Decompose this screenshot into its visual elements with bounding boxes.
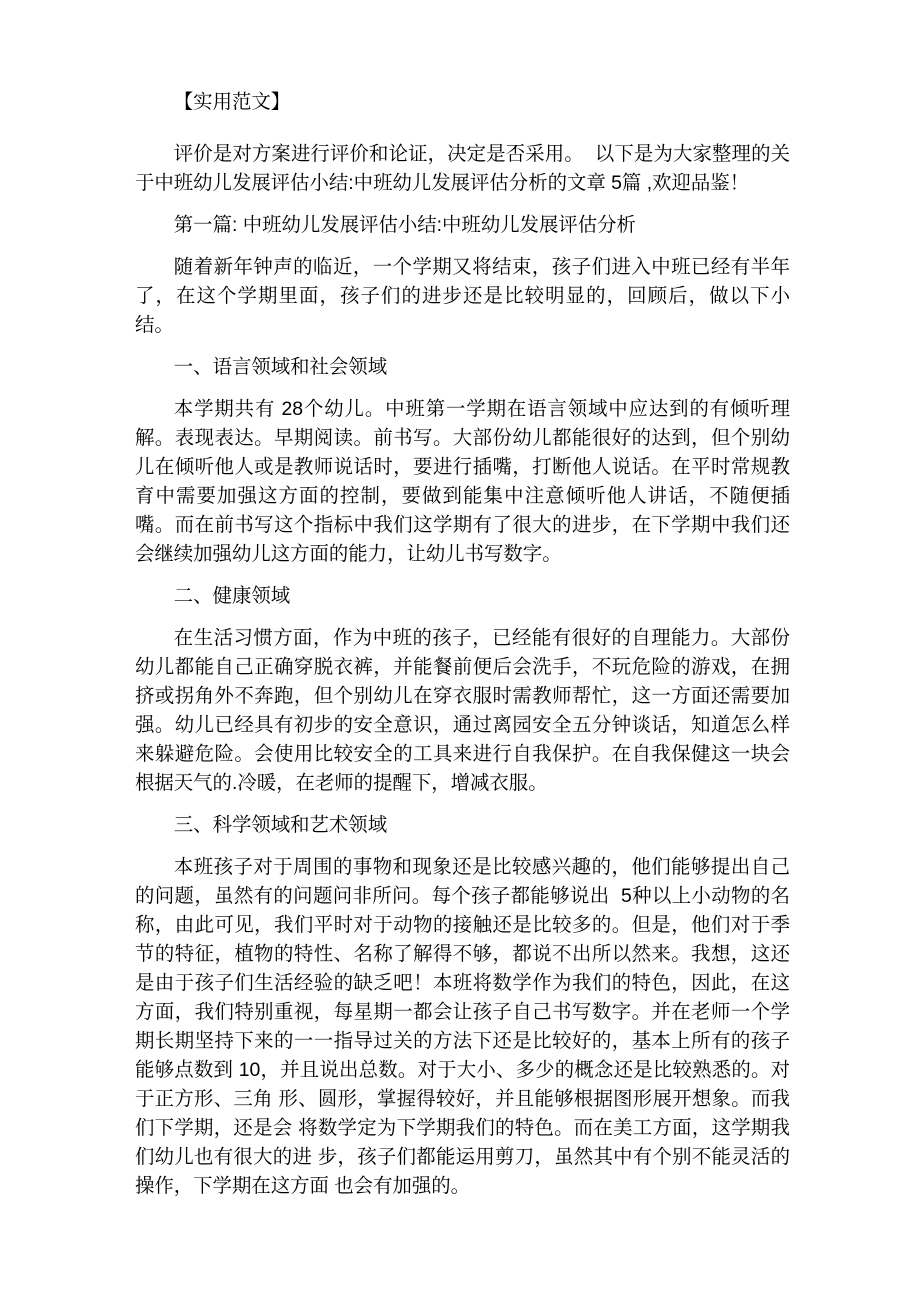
section-heading-1: 一、语言领域和社会领域 — [135, 353, 790, 382]
document-body: 【实用范文】 评价是对方案进行评价和论证，决定是否采用。 以下是为大家整理的关于… — [135, 88, 790, 1214]
article-title: 第一篇: 中班幼儿发展评估小结:中班幼儿发展评估分析 — [135, 211, 790, 240]
document-tag: 【实用范文】 — [135, 88, 790, 117]
section-heading-2: 二、健康领域 — [135, 582, 790, 611]
section-heading-3: 三、科学领域和艺术领域 — [135, 811, 790, 840]
paragraph: 在生活习惯方面，作为中班的孩子，已经能有很好的自理能力。大部份幼儿都能自己正确穿… — [135, 624, 790, 798]
paragraph: 本学期共有 28个幼儿。中班第一学期在语言领域中应达到的有倾听理解。表现表达。早… — [135, 395, 790, 569]
paragraph: 本班孩子对于周围的事物和现象还是比较感兴趣的，他们能够提出自己的问题，虽然有的问… — [135, 853, 790, 1201]
document-page: 【实用范文】 评价是对方案进行评价和论证，决定是否采用。 以下是为大家整理的关于… — [0, 0, 920, 1302]
intro-paragraph: 评价是对方案进行评价和论证，决定是否采用。 以下是为大家整理的关于中班幼儿发展评… — [135, 140, 790, 198]
paragraph: 随着新年钟声的临近，一个学期又将结束，孩子们进入中班已经有半年了，在这个学期里面… — [135, 253, 790, 340]
